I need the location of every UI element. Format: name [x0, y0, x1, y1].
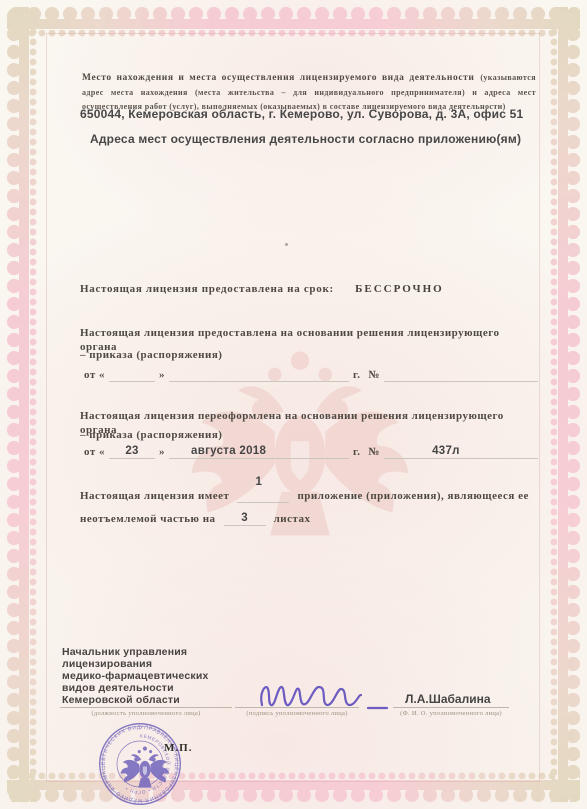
- license-address-note: Адреса мест осуществления деятельности с…: [90, 132, 560, 146]
- scan-speck: [285, 243, 288, 246]
- lace-border-right: [550, 7, 580, 802]
- attachments-line2: неотъемлемой частью на 3 листах: [80, 511, 538, 526]
- reissued-number-label: №: [365, 445, 385, 459]
- granted-number-slot: [384, 381, 538, 382]
- attachments-count-slot: 1: [237, 488, 289, 503]
- reissued-date-row: от « 23 » августа 2018 г. № 437л: [80, 444, 538, 459]
- attachments-sheets-value: 3: [224, 511, 266, 526]
- reissued-day-value: 23: [109, 444, 155, 459]
- position-line: Начальник управления: [62, 646, 272, 658]
- attachments-line1: Настоящая лицензия имеет 1 приложение (п…: [80, 488, 538, 503]
- license-term-row: Настоящая лицензия предоставлена на срок…: [80, 283, 540, 295]
- position-line: медико-фармацевтических: [62, 670, 272, 682]
- attachments-part2: приложение (приложения), являющееся ее: [297, 489, 528, 503]
- granted-year-label: г.: [349, 368, 365, 382]
- reissued-quote-close: »: [155, 445, 169, 459]
- location-heading-bold: Место нахождения и места осуществления л…: [82, 73, 475, 83]
- position-line: Кемеровской области: [62, 694, 272, 706]
- stamp-place-label: М.П.: [164, 742, 192, 754]
- term-value: БЕССРОЧНО: [355, 283, 444, 295]
- reissued-ot-label: от «: [80, 445, 109, 459]
- reissued-line2: – приказа (распоряжения): [80, 428, 538, 442]
- official-round-stamp: УПРАВЛЕНИЕ ЛИЦЕНЗИРОВАНИЯ МЕДИКО-ФАРМАЦЕ…: [77, 718, 203, 809]
- granted-ot-label: от «: [80, 368, 109, 382]
- attachments-part1: Настоящая лицензия имеет: [80, 489, 229, 503]
- signatory-name: Л.А.Шабалина: [405, 692, 491, 706]
- lace-border-left: [7, 7, 37, 802]
- granted-month-slot: [169, 381, 349, 382]
- reissued-month-value: августа 2018: [169, 444, 349, 459]
- license-address: 650044, Кемеровская область, г. Кемерово…: [80, 107, 550, 121]
- term-label: Настоящая лицензия предоставлена на срок…: [80, 283, 334, 295]
- lace-border-top: [7, 7, 580, 37]
- attachments-count-value: 1: [255, 475, 262, 489]
- reissued-number-value: 437л: [384, 444, 538, 459]
- reissued-year-label: г.: [349, 445, 365, 459]
- name-caption: (Ф. И. О. уполномоченного лица): [393, 707, 509, 717]
- attachments-part3: неотъемлемой частью на: [80, 512, 216, 526]
- signature-caption: (подпись уполномоченного лица): [235, 707, 359, 717]
- granted-number-label: №: [365, 368, 385, 382]
- signatory-position: Начальник управления лицензирования меди…: [62, 646, 272, 706]
- license-page: Место нахождения и места осуществления л…: [0, 0, 587, 809]
- attachments-part4: листах: [274, 512, 311, 526]
- granted-day-slot: [109, 381, 155, 382]
- position-line: лицензирования: [62, 658, 272, 670]
- position-line: видов деятельности: [62, 682, 272, 694]
- granted-date-row: от « » г. №: [80, 368, 538, 382]
- position-caption: (должность уполномоченного лица): [60, 707, 232, 717]
- granted-quote-close: »: [155, 368, 169, 382]
- granted-line2: – приказа (распоряжения): [80, 348, 538, 362]
